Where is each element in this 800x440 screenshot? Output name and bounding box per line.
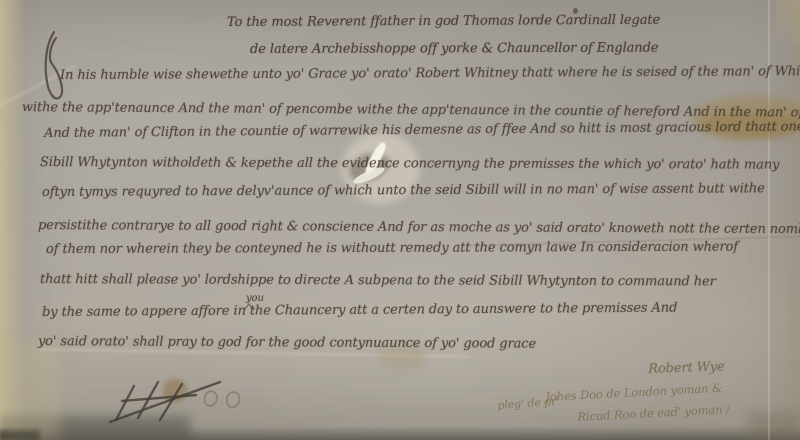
interlined-word: you (246, 293, 264, 304)
petition-line: And the man' of Clifton in the countie o… (44, 119, 800, 141)
petition-line: withe the app'tenaunce And the man' of p… (22, 100, 800, 121)
parchment-bottom-right-corner (748, 412, 800, 440)
petition-line: persistithe contrarye to all good right … (38, 218, 800, 237)
parchment-bottom-left-tan-patch (0, 340, 60, 440)
faint-scribble (198, 384, 250, 414)
petition-line: yo' said orato' shall pray to god for th… (38, 334, 536, 352)
address-line-2: de latere Archebisshoppe off yorke & Cha… (250, 41, 658, 57)
petition-line: Sibill Whytynton witholdeth & kepethe al… (40, 155, 779, 173)
parchment-top-right-corner (776, 0, 800, 44)
petition-line: by the same to appere affore in the Chau… (42, 301, 677, 320)
endorsement-line-2: Ricud Roo de ead' yoman / (577, 402, 730, 424)
petition-line: oftyn tymys requyred to have delyv'aunce… (42, 181, 765, 200)
petition-line: of them nor wherein they be conteyned he… (46, 240, 738, 257)
signature: Robert Wye (648, 359, 725, 377)
address-line-1: To the most Reverent ffather in god Thom… (227, 13, 660, 30)
petition-line: In his humble wise shewethe unto yo' Gra… (60, 64, 800, 83)
manuscript-scan: To the most Reverent ffather in god Thom… (0, 0, 800, 440)
petition-line: thatt hitt shall please yo' lordshippe t… (40, 272, 716, 289)
endorsement-line-1: Johes Doo de London yoman & (545, 381, 722, 404)
